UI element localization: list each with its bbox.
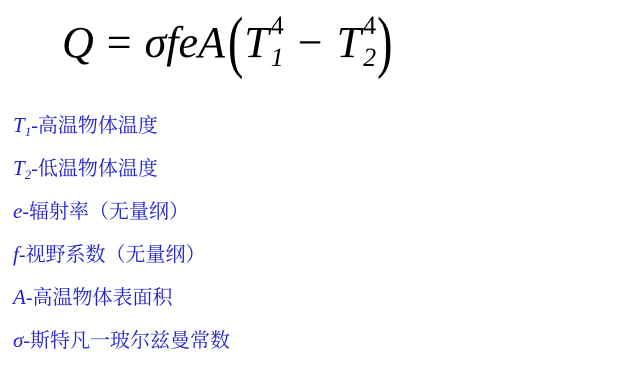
legend-line-e: e-辐射率（无量纲） <box>13 190 230 233</box>
legend-line-f: f-视野系数（无量纲） <box>13 233 230 276</box>
legend-desc-e: -辐射率（无量纲） <box>22 201 189 223</box>
term-T2-exponent: 4 <box>363 13 376 39</box>
close-paren: ) <box>377 8 392 77</box>
term-T2-scripts: 4 2 <box>363 13 376 71</box>
minus-sign: − <box>298 17 323 68</box>
equation-lhs-Q: Q <box>62 17 94 68</box>
term-T1-subscript: 1 <box>271 45 284 71</box>
radiation-heat-equation: Q = σfeA ( T 4 1 − T 4 2 ) <box>62 2 393 82</box>
legend-symbol-e: e <box>13 199 22 223</box>
legend-desc-T2: -低温物体温度 <box>31 158 158 180</box>
legend-symbol-sigma: σ <box>13 328 23 352</box>
legend-line-sigma: σ-斯特凡一玻尔兹曼常数 <box>13 319 230 362</box>
legend-line-T1: T1-高温物体温度 <box>13 104 230 147</box>
legend-line-T2: T2-低温物体温度 <box>13 147 230 190</box>
legend-desc-T1: -高温物体温度 <box>31 115 158 137</box>
term-T1-base: T <box>244 13 268 65</box>
legend-desc-A: -高温物体表面积 <box>26 287 173 309</box>
term-T1: T 4 1 <box>244 13 283 71</box>
legend-desc-sigma: -斯特凡一玻尔兹曼常数 <box>23 330 230 352</box>
term-T1-exponent: 4 <box>271 13 284 39</box>
equation-coefficients: σfeA <box>145 17 225 68</box>
legend-symbol-T2: T <box>13 156 25 180</box>
legend-line-A: A-高温物体表面积 <box>13 276 230 319</box>
legend-symbol-T1: T <box>13 113 25 137</box>
equals-sign: = <box>107 17 132 68</box>
term-T2-subscript: 2 <box>363 45 376 71</box>
open-paren: ( <box>228 8 243 77</box>
document-page: Q = σfeA ( T 4 1 − T 4 2 ) T1-高温物体温度 T2-… <box>0 0 618 371</box>
legend-desc-f: -视野系数（无量纲） <box>19 244 206 266</box>
symbol-definitions: T1-高温物体温度 T2-低温物体温度 e-辐射率（无量纲） f-视野系数（无量… <box>13 104 230 362</box>
term-T2: T 4 2 <box>337 13 376 71</box>
legend-symbol-A: A <box>13 285 26 309</box>
term-T1-scripts: 4 1 <box>271 13 284 71</box>
term-T2-base: T <box>337 13 361 65</box>
